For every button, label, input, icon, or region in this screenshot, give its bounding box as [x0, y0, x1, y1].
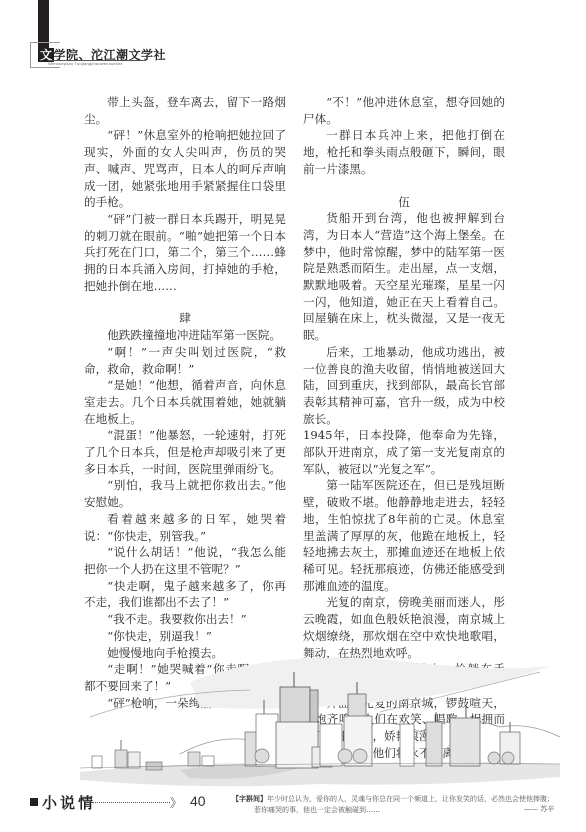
- footer-quote: 【字斟间】年少时总认为，爱你的人，灵魂与你总在同一个频道上，让你发笑的话，必然也…: [232, 793, 562, 816]
- paragraph: “砰！”休息室外的枪响把她拉回了现实，外面的女人尖叫声，伤员的哭声、喊声、咒骂声…: [84, 127, 286, 211]
- paragraph: “快走啊，鬼子越来越多了，你再不走，我们谁都出不去了！”: [84, 578, 286, 611]
- quote-tag: 【字斟间】: [232, 794, 267, 803]
- paragraph: 货船开到台湾，他也被押解到台湾，为日本人“营造”这个海上堡垒。在梦中，他时常惊醒…: [303, 210, 505, 344]
- quote-author: —— 苏辛: [524, 804, 554, 814]
- city-skyline-icon: [80, 652, 586, 792]
- paragraph: 一群日本兵冲上来，把他打倒在地，枪托和拳头雨点般砸下，瞬间，眼前一片漆黑。: [303, 127, 505, 177]
- section-heading-4: 肆: [84, 310, 286, 327]
- paragraph: 1945年，日本投降，他奉命为先锋，部队开进南京，成了第一支光复南京的军队，被冠…: [303, 427, 505, 477]
- paragraph: “砰”门被一群日本兵踢开，明晃晃的刺刀就在眼前。“啪”她把第一个日本兵打死在门口…: [84, 211, 286, 295]
- paragraph: 第一陆军医院还在，但已是残垣断壁，破败不堪。他静静地走进去，轻轻地，生怕惊扰了8…: [303, 477, 505, 594]
- paragraph: 带上头盔，登车离去，留下一路烟尘。: [84, 94, 286, 127]
- section-subtitle: Wenxueyuan Tuojiangchaowenxueshe: [48, 61, 123, 66]
- left-column: 带上头盔，登车离去，留下一路烟尘。 “砰！”休息室外的枪响把她拉回了现实，外面的…: [84, 94, 286, 711]
- paragraph: 他跌跌撞撞地冲进陆军第一医院。: [84, 327, 286, 344]
- paragraph: “啊！”一声尖叫划过医院，“救命，救命，救命啊！”: [84, 344, 286, 377]
- paragraph: 后来，工地暴动，他成功逃出，被一位善良的渔夫收留，悄悄地被送回大陆，回到重庆，找…: [303, 344, 505, 428]
- quote-line-1: 年少时总认为，爱你的人，灵魂与你总在同一个频道上，让你发笑的话，必然也会使他捧腹…: [267, 795, 554, 803]
- paragraph: “别怕，我马上就把你救出去。”他安慰她。: [84, 477, 286, 510]
- page-number: 40: [190, 793, 206, 809]
- city-skyline-illustration: [80, 652, 586, 792]
- paragraph: “说什么胡话！”他说，“我怎么能把你一个人扔在这里不管呢？”: [84, 544, 286, 577]
- paragraph: “我不走。我要救你出去！”: [84, 611, 286, 628]
- paragraph: “你快走，别逼我！”: [84, 628, 286, 645]
- paragraph: “不！”他冲进休息室，想夺回她的尸体。: [303, 94, 505, 127]
- dotted-leader: [92, 802, 170, 803]
- paragraph: 看着越来越多的日军，她哭着说：“你快走，别管我。”: [84, 511, 286, 544]
- square-bullet-icon: [30, 798, 38, 806]
- quote-line-2: 惹你痛哭的事，他也一定会被触碰到……: [232, 805, 562, 816]
- double-arrow-icon: 》: [170, 794, 182, 811]
- paragraph: “是她！”他想，循着声音，向休息室走去。几个日本兵就围着她，她就躺在地板上。: [84, 377, 286, 427]
- page-footer: 小说情 》 40 【字斟间】年少时总认为，爱你的人，灵魂与你总在同一个频道上，让…: [0, 790, 586, 832]
- paragraph: “混蛋！”他暴怒，一轮速射，打死了几个日本兵，但是枪声却吸引来了更多日本兵，一时…: [84, 427, 286, 477]
- column-brand: 小说情: [42, 792, 96, 813]
- section-heading-5: 伍: [303, 194, 505, 211]
